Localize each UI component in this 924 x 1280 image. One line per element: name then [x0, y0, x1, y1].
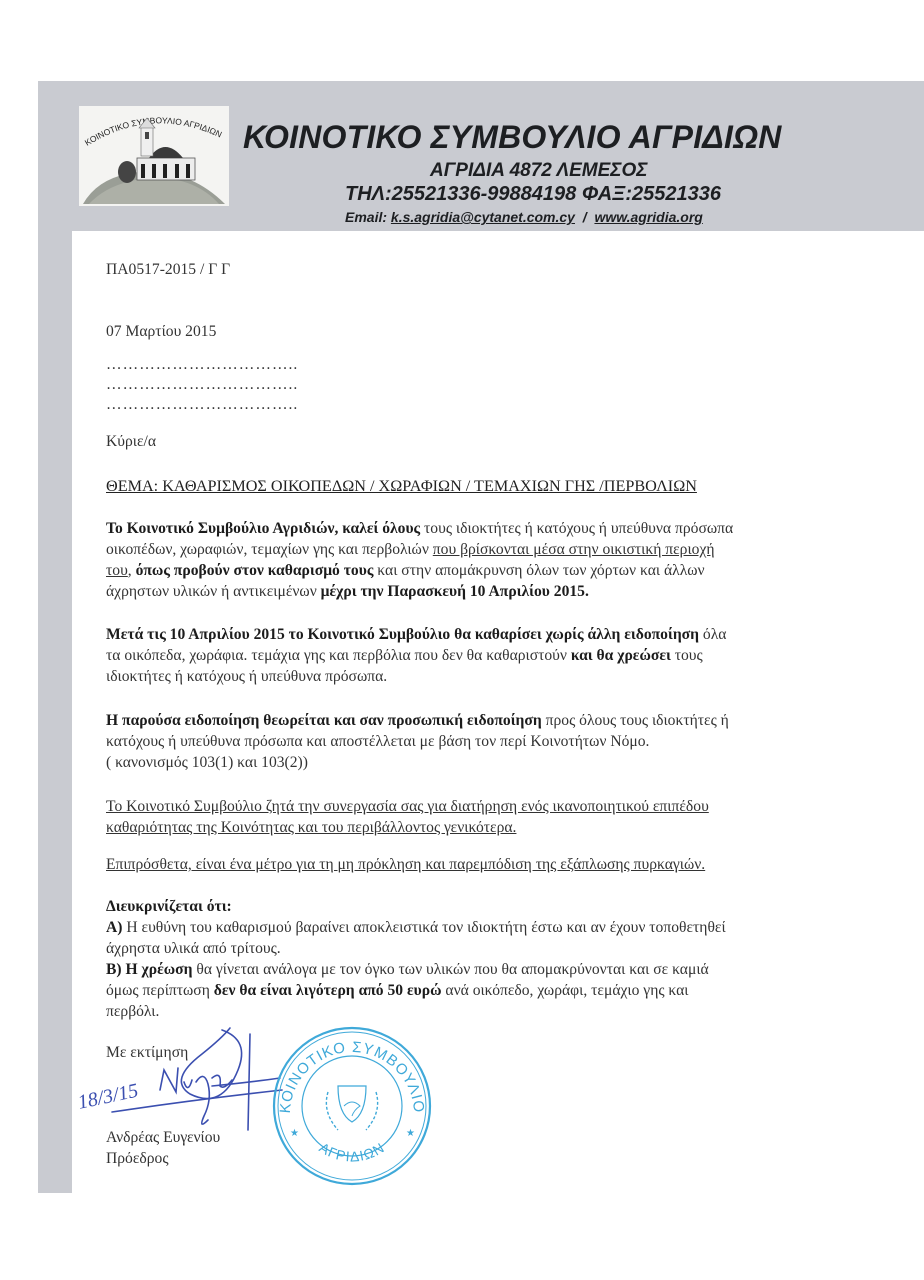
- recipient-address-block: …………………………….. …………………………….. …………………………….…: [106, 354, 298, 414]
- community-logo: ΚΟΙΝΟΤΙΚΟ ΣΥΜΒΟΥΛΙΟ ΑΓΡΙΔΙΩΝ: [79, 106, 229, 206]
- svg-text:ΚΟΙΝΟΤΙΚΟ ΣΥΜΒΟΥΛΙΟ: ΚΟΙΝΟΤΙΚΟ ΣΥΜΒΟΥΛΙΟ: [277, 1039, 427, 1114]
- paragraph-personal-notice: Η παρούσα ειδοποίηση θεωρείται και σαν π…: [106, 710, 729, 773]
- svg-text:ΑΓΡΙΔΙΩΝ: ΑΓΡΙΔΙΩΝ: [317, 1139, 388, 1164]
- address-line: ……………………………..: [106, 354, 298, 374]
- stamp-bottom-text: ΑΓΡΙΔΙΩΝ: [317, 1139, 388, 1164]
- signature-date: 18/3/15: [76, 1080, 140, 1114]
- letterhead-contact: Email: k.s.agridia@cytanet.com.cy / www.…: [345, 209, 703, 225]
- paragraph-clarifications: Διευκρινίζεται ότι: Α) Η ευθύνη του καθα…: [106, 896, 726, 1022]
- letterhead-phones: ΤΗΛ:25521336-99884198 ΦΑΞ:25521336: [345, 183, 721, 206]
- stamp-star-icon: ★: [406, 1128, 415, 1139]
- email-label: Email:: [345, 209, 387, 225]
- signer-title: Πρόεδρος: [106, 1148, 220, 1169]
- signer-name: Ανδρέας Ευγενίου: [106, 1127, 220, 1148]
- paragraph-call-to-clean: Το Κοινοτικό Συμβούλιο Αγριδιών, καλεί ό…: [106, 518, 733, 602]
- closing-phrase: Με εκτίμηση: [106, 1042, 188, 1063]
- paragraph-fire-prevention: Επιπρόσθετα, είναι ένα μέτρο για τη μη π…: [106, 854, 705, 875]
- paragraph-cooperation: Το Κοινοτικό Συμβούλιο ζητά την συνεργασ…: [106, 796, 709, 838]
- letterhead-left-border: [38, 81, 72, 1193]
- letter-date: 07 Μαρτίου 2015: [106, 321, 216, 342]
- official-stamp: ΚΟΙΝΟΤΙΚΟ ΣΥΜΒΟΥΛΙΟ ΑΓΡΙΔΙΩΝ ★ ★: [268, 1022, 436, 1190]
- subject-line: ΘΕΜΑ: ΚΑΘΑΡΙΣΜΟΣ ΟΙΚΟΠΕΔΩΝ / ΧΩΡΑΦΙΩΝ / …: [106, 476, 697, 497]
- reference-number: ΠΑ0517-2015 / Γ Γ: [106, 259, 230, 280]
- email-link[interactable]: k.s.agridia@cytanet.com.cy: [391, 209, 575, 225]
- letterhead-address: ΑΓΡΙΔΙΑ 4872 ΛΕΜΕΣΟΣ: [430, 160, 648, 182]
- salutation: Κύριε/α: [106, 431, 156, 452]
- stamp-star-icon: ★: [290, 1128, 299, 1139]
- stamp-top-text: ΚΟΙΝΟΤΙΚΟ ΣΥΜΒΟΥΛΙΟ: [277, 1039, 427, 1114]
- handwritten-signature: 18/3/15: [72, 1020, 292, 1140]
- letterhead-title: ΚΟΙΝΟΤΙΚΟ ΣΥΜΒΟΥΛΙΟ ΑΓΡΙΔΙΩΝ: [243, 119, 782, 156]
- paragraph-deadline-consequence: Μετά τις 10 Απριλίου 2015 το Κοινοτικό Σ…: [106, 624, 726, 687]
- signer-block: Ανδρέας Ευγενίου Πρόεδρος: [106, 1127, 220, 1169]
- website-link[interactable]: www.agridia.org: [594, 209, 702, 225]
- contact-separator: /: [583, 209, 587, 225]
- address-line: ……………………………..: [106, 374, 298, 394]
- clarifications-heading: Διευκρινίζεται ότι:: [106, 898, 232, 915]
- address-line: ……………………………..: [106, 394, 298, 414]
